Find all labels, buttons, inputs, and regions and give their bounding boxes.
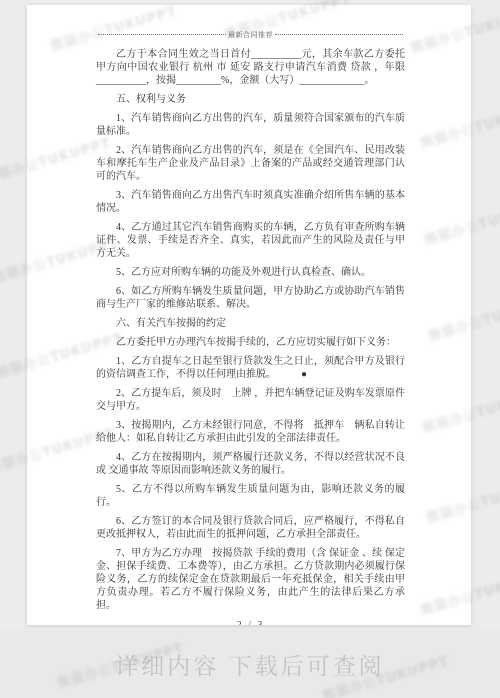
paragraph: 2、乙方提车后，须及时 上牌 ，并把车辆登记证及购车发票原件交与甲方。 [96,387,405,413]
paragraph: 5、乙方应对所购车辆的功能及外观进行认真检查、确认。 [96,266,405,279]
paragraph: 乙方委托甲方办理汽车按揭手续的，乙方应切实履行如下义务： [96,336,405,349]
paragraph: 6、乙方签订的本合同及银行贷款合同后，应严格履行，不得私自更改抵押权人，若由此而… [96,515,405,541]
document-page: 最新合同推荐 乙方于本合同生效之当日首付__________元，其余车款乙方委托… [27,5,471,625]
paragraph: 六、有关汽车按揭的约定 [96,317,405,330]
paragraph: 1、汽车销售商向乙方出售的汽车，质量须符合国家颁布的汽车质量标准。 [96,112,405,138]
paragraph: 4、乙方在按揭期内，须严格履行还款义务，不得以经营状况不良或 交通事故 等原因而… [96,451,405,477]
download-hint-text: 详细内容 下载后可查阅 [115,648,384,681]
paragraph: 6、如乙方所购车辆发生质量问题，甲方协助乙方或协助汽车销售商与生产厂家的维修站联… [96,285,405,311]
divider-rule-right [275,34,403,35]
paragraph: 5、乙方不得以所购车辆发生质量问题为由，影响还款义务的履行。 [96,483,405,509]
paragraph: 2、汽车销售商向乙方出售的汽车，须是在《全国汽车、民用改装车和摩托车生产企业及产… [96,144,405,183]
paragraph: 3、按揭期内，乙方未经银行同意，不得将 抵押车 辆私自转让给他人：如私自转让乙方… [96,419,405,445]
download-hint-bar: 详细内容 下载后可查阅 [0,630,500,698]
page-content: 最新合同推荐 乙方于本合同生效之当日首付__________元，其余车款乙方委托… [96,5,405,625]
paragraph: 7、甲方为乙方办理 按揭贷款 手续的费用（含 保证金 、续 保定金、担保手续费、… [96,547,405,612]
divider-rule-left [98,34,226,35]
document-body: 乙方于本合同生效之当日首付__________元，其余车款乙方委托甲方向中国农业… [96,48,405,612]
page-number: 2 / 3 [96,620,405,625]
header-divider: 最新合同推荐 [96,31,405,39]
divider-label: 最新合同推荐 [228,31,273,39]
paragraph: 1、乙方自提车之日起至银行贷款发生之日止，须配合甲方及银行的资信调查工作，不得以… [96,355,405,381]
paragraph: 4、乙方通过其它汽车销售商购买的车辆，乙方负有审查所购车辆证件、发票、手续是否齐… [96,221,405,260]
paragraph: 3、汽车销售商向乙方出售汽车时须真实准确介绍所售车辆的基本情况。 [96,189,405,215]
paragraph: 乙方于本合同生效之当日首付__________元，其余车款乙方委托甲方向中国农业… [96,48,405,87]
paragraph: 五、权利与义务 [96,93,405,106]
